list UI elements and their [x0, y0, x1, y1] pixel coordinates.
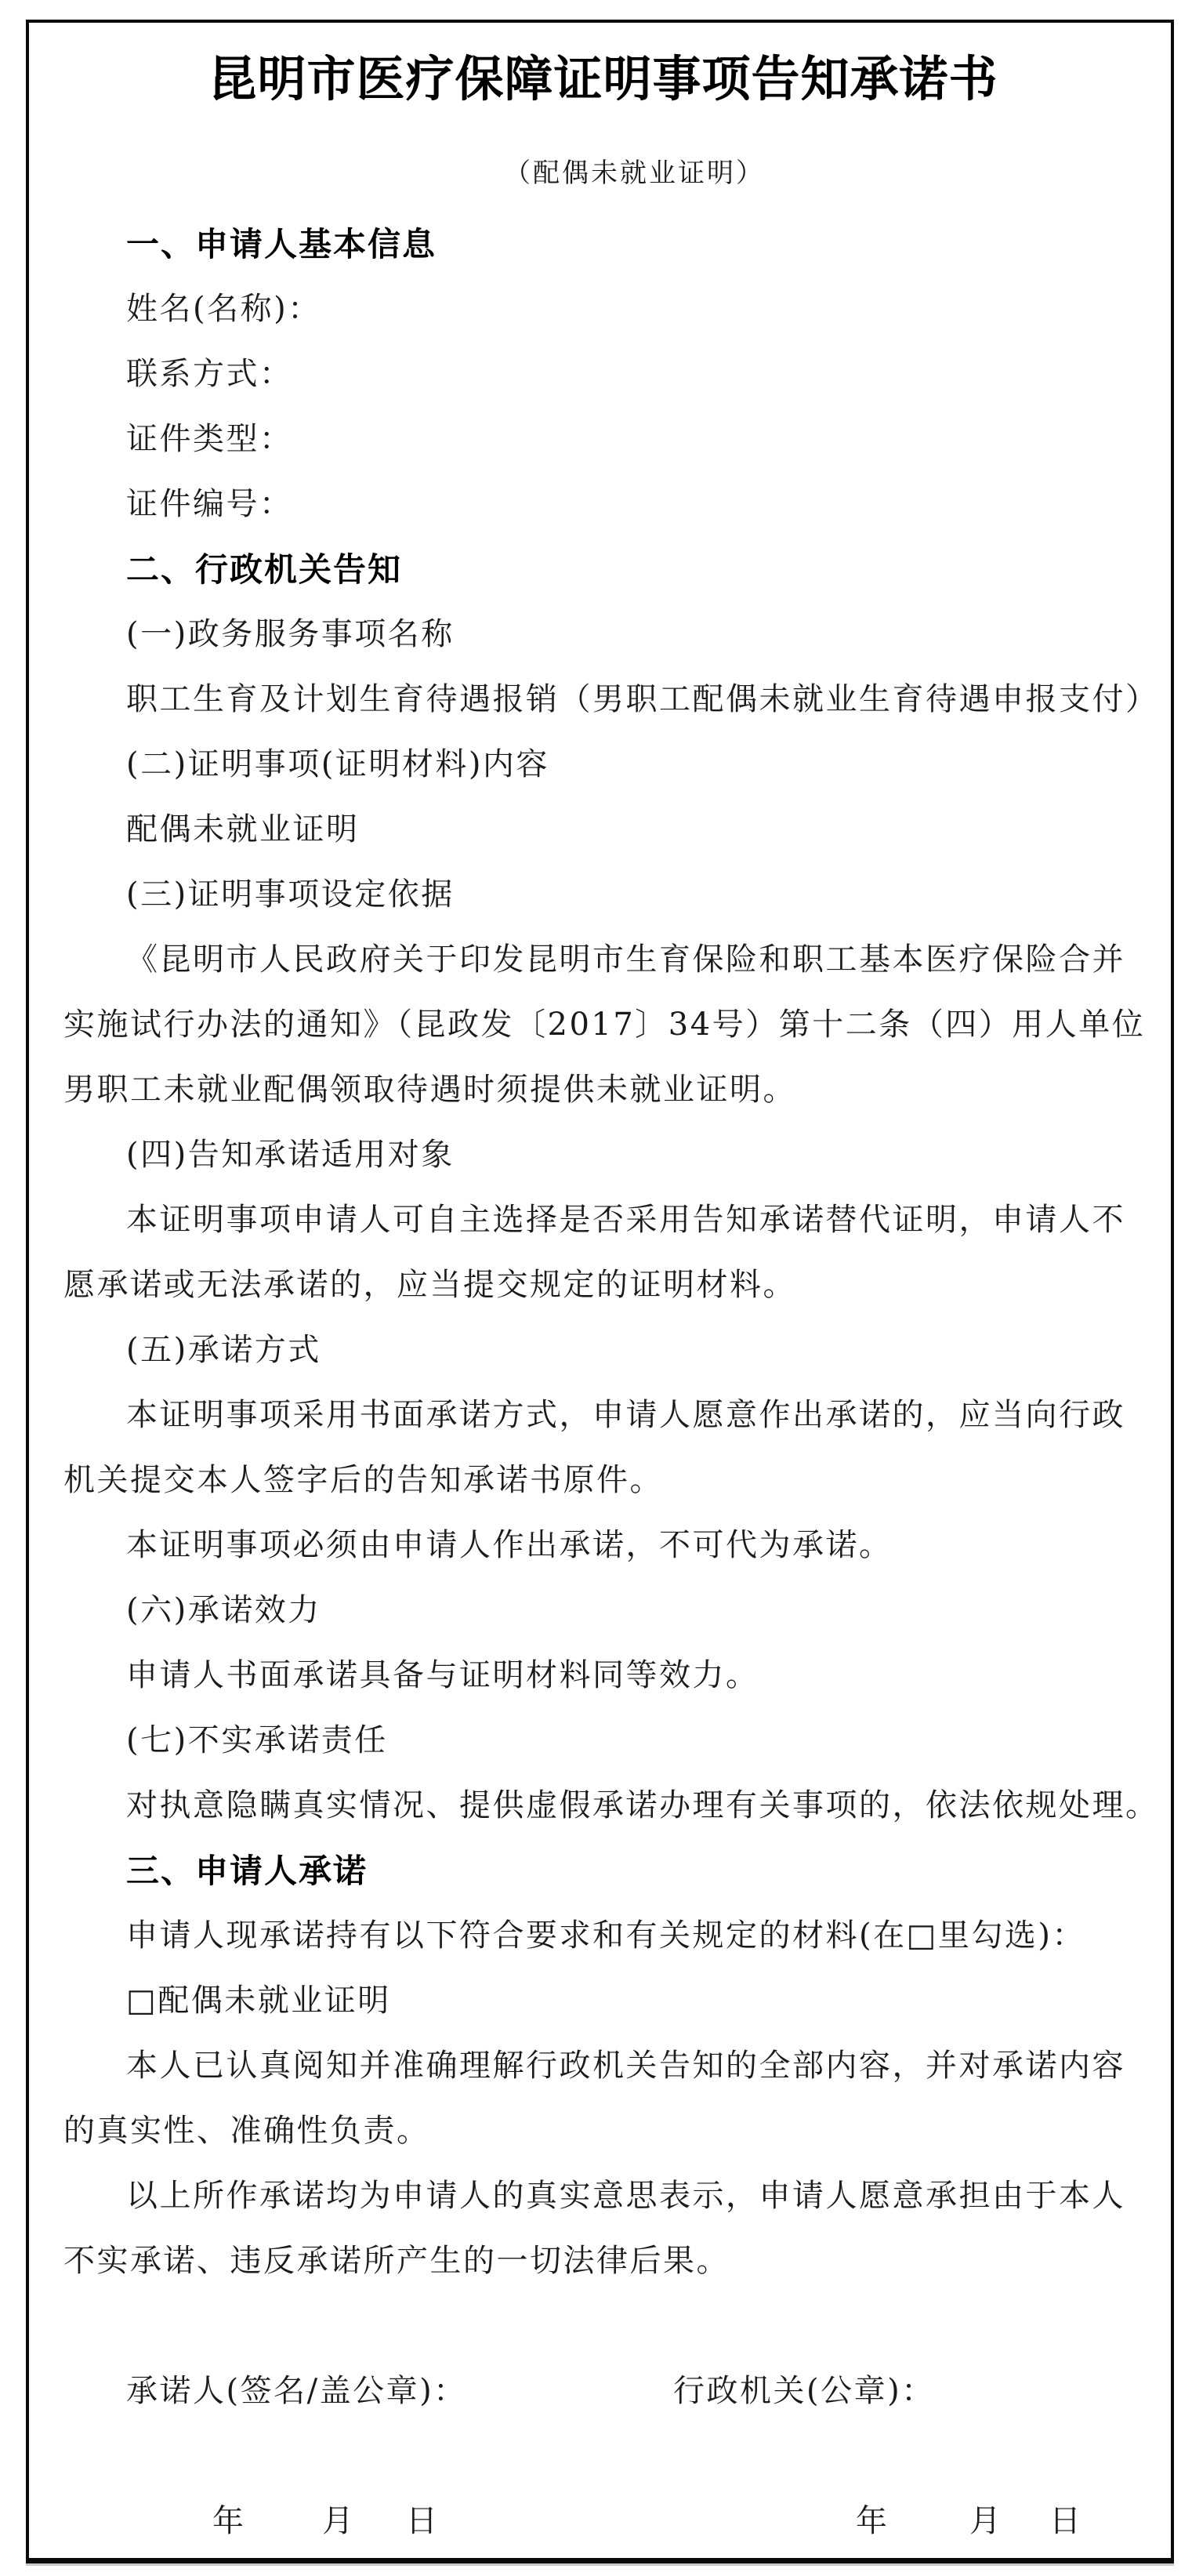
false-commitment-body: 对执意隐瞒真实情况、提供虚假承诺办理有关事项的，依法依规处理。	[63, 1773, 1143, 1838]
promise-line-4: 不实承诺、违反承诺所产生的一切法律后果。	[63, 2229, 1143, 2294]
promisor-day-label: 日	[406, 2489, 440, 2554]
notice-item-4-title: (四)告知承诺适用对象	[63, 1123, 1143, 1188]
field-id-type-label: 证件类型：	[63, 407, 1143, 472]
section-2-heading: 二、行政机关告知	[63, 537, 1143, 602]
signature-row: 承诺人(签名/盖公章)： 行政机关(公章)：	[63, 2359, 1143, 2424]
document-page: 昆明市医疗保障证明事项告知承诺书 （配偶未就业证明） 一、申请人基本信息 姓名(…	[26, 20, 1174, 2563]
promise-line-3: 以上所作承诺均为申请人的真实意思表示，申请人愿意承担由于本人	[63, 2164, 1143, 2229]
checkbox-icon[interactable]: □	[126, 1968, 158, 2034]
checkbox-label: 配偶未就业证明	[158, 1983, 391, 2019]
blank-line	[63, 2294, 1143, 2359]
commitment-effect-body: 申请人书面承诺具备与证明材料同等效力。	[63, 1643, 1143, 1708]
notice-item-5-title: (五)承诺方式	[63, 1318, 1143, 1383]
commitment-method-line-1: 本证明事项采用书面承诺方式，申请人愿意作出承诺的，应当向行政	[63, 1383, 1143, 1448]
notice-item-7-title: (七)不实承诺责任	[63, 1708, 1143, 1773]
applicability-line-1: 本证明事项申请人可自主选择是否采用告知承诺替代证明，申请人不	[63, 1188, 1143, 1253]
promisor-month-label: 月	[322, 2489, 356, 2554]
promise-line-2: 的真实性、准确性负责。	[63, 2099, 1143, 2164]
notice-item-2-title: (二)证明事项(证明材料)内容	[63, 732, 1143, 797]
notice-item-1-body: 职工生育及计划生育待遇报销（男职工配偶未就业生育待遇申报支付）	[63, 667, 1143, 732]
section-1-heading: 一、申请人基本信息	[63, 212, 1143, 277]
section-3-heading: 三、申请人承诺	[63, 1838, 1143, 1903]
field-name-label: 姓名(名称)：	[63, 277, 1143, 342]
applicability-line-2: 愿承诺或无法承诺的，应当提交规定的证明材料。	[63, 1253, 1143, 1318]
authority-day-label: 日	[1049, 2489, 1083, 2554]
notice-item-3-title: (三)证明事项设定依据	[63, 862, 1143, 927]
promise-line-1: 本人已认真阅知并准确理解行政机关告知的全部内容，并对承诺内容	[63, 2034, 1143, 2099]
notice-item-2-body: 配偶未就业证明	[63, 797, 1143, 862]
date-row: 年 月 日 年 月 日	[63, 2489, 1143, 2554]
commitment-method-line-2: 机关提交本人签字后的告知承诺书原件。	[63, 1448, 1143, 1513]
promise-intro: 申请人现承诺持有以下符合要求和有关规定的材料(在□里勾选)：	[63, 1903, 1143, 1968]
authority-month-label: 月	[969, 2489, 1003, 2554]
notice-item-1-title: (一)政务服务事项名称	[63, 602, 1143, 667]
legal-basis-line-1: 《昆明市人民政府关于印发昆明市生育保险和职工基本医疗保险合并	[63, 927, 1143, 992]
document-subtitle: （配偶未就业证明）	[63, 150, 1143, 197]
field-id-number-label: 证件编号：	[63, 472, 1143, 537]
document-title: 昆明市医疗保障证明事项告知承诺书	[63, 40, 1143, 118]
authority-seal-label: 行政机关(公章)：	[673, 2359, 935, 2424]
legal-basis-line-2: 实施试行办法的通知》（昆政发〔2017〕34号）第十二条（四）用人单位	[63, 992, 1143, 1058]
commitment-method-line-3: 本证明事项必须由申请人作出承诺，不可代为承诺。	[63, 1513, 1143, 1578]
promisor-year-label: 年	[212, 2489, 246, 2554]
promisor-signature-label: 承诺人(签名/盖公章)：	[63, 2373, 467, 2409]
notice-item-6-title: (六)承诺效力	[63, 1578, 1143, 1643]
checkbox-line: □配偶未就业证明	[63, 1968, 1143, 2034]
authority-year-label: 年	[856, 2489, 889, 2554]
blank-line	[63, 2424, 1143, 2489]
legal-basis-line-3: 男职工未就业配偶领取待遇时须提供未就业证明。	[63, 1058, 1143, 1123]
field-contact-label: 联系方式：	[63, 342, 1143, 407]
